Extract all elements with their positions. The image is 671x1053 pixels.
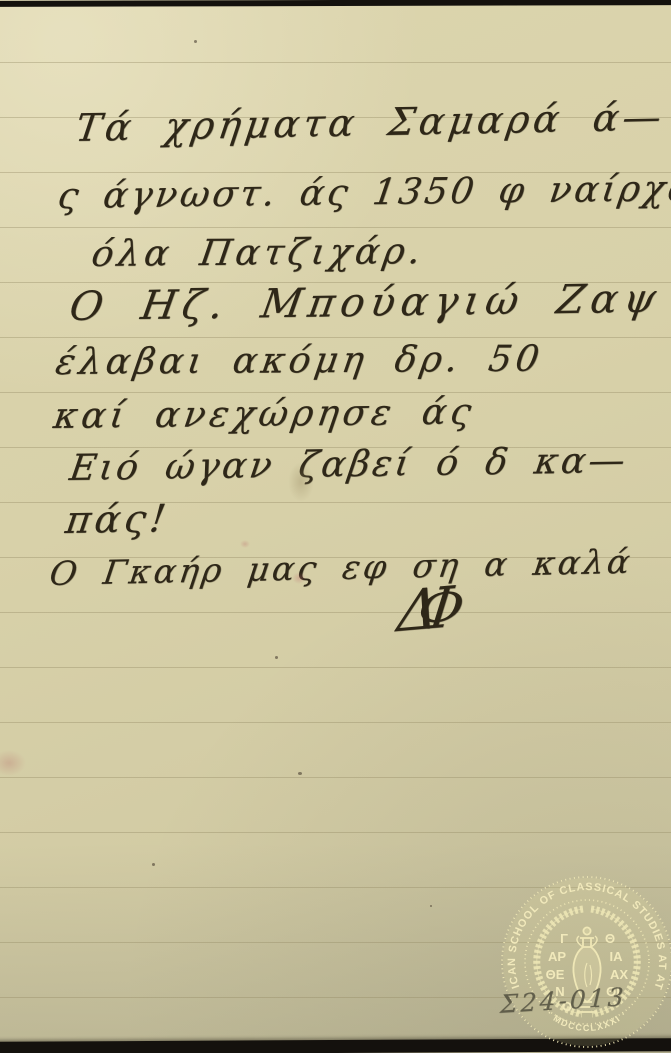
ascsa-seal-icon: AMERICAN SCHOOL OF CLASSICAL STUDIES AT … [498,873,671,1051]
signature-monogram: ΔΦ [394,573,472,645]
scanned-letter-page: Τά χρήματα Σαμαρά ά— ς άγνωστ. άς 1350 φ… [0,0,671,1053]
paper-speck [430,905,432,907]
paper-stain [0,750,26,776]
handwritten-line-2: ς άγνωστ. άς 1350 φ ναίρχα [55,168,671,217]
handwritten-line-9: Ο Γκαήρ μας εφ ση α καλά [47,542,635,593]
paper-speck [275,656,278,659]
paper-speck [152,863,155,866]
svg-text:ΑΧ: ΑΧ [610,967,628,982]
handwritten-line-7: Ειό ώγαν ζαβεί ό δ κα— [67,440,631,489]
svg-text:ΑΡ: ΑΡ [548,949,566,964]
paper-speck [298,772,302,775]
handwritten-line-4: Ο Ηζ. Μπούαγιώ Ζαψ [66,276,665,330]
paper-speck [194,40,197,43]
scan-border-top [0,0,671,7]
handwritten-line-8: πάς! [63,496,172,542]
paper-stain [240,540,250,548]
handwritten-line-6: καί ανεχώρησε άς [51,392,478,437]
handwritten-line-5: έλαβαι ακόμη δρ. 50 [53,339,546,383]
handwritten-line-3: όλα Πατζιχάρ. [89,231,427,275]
handwritten-line-1: Τά χρήματα Σαμαρά ά— [73,95,668,150]
svg-text:Γ: Γ [560,931,568,946]
svg-text:ΘΕ: ΘΕ [546,967,565,982]
svg-text:Θ: Θ [605,931,615,946]
svg-text:ΙΑ: ΙΑ [610,949,624,964]
